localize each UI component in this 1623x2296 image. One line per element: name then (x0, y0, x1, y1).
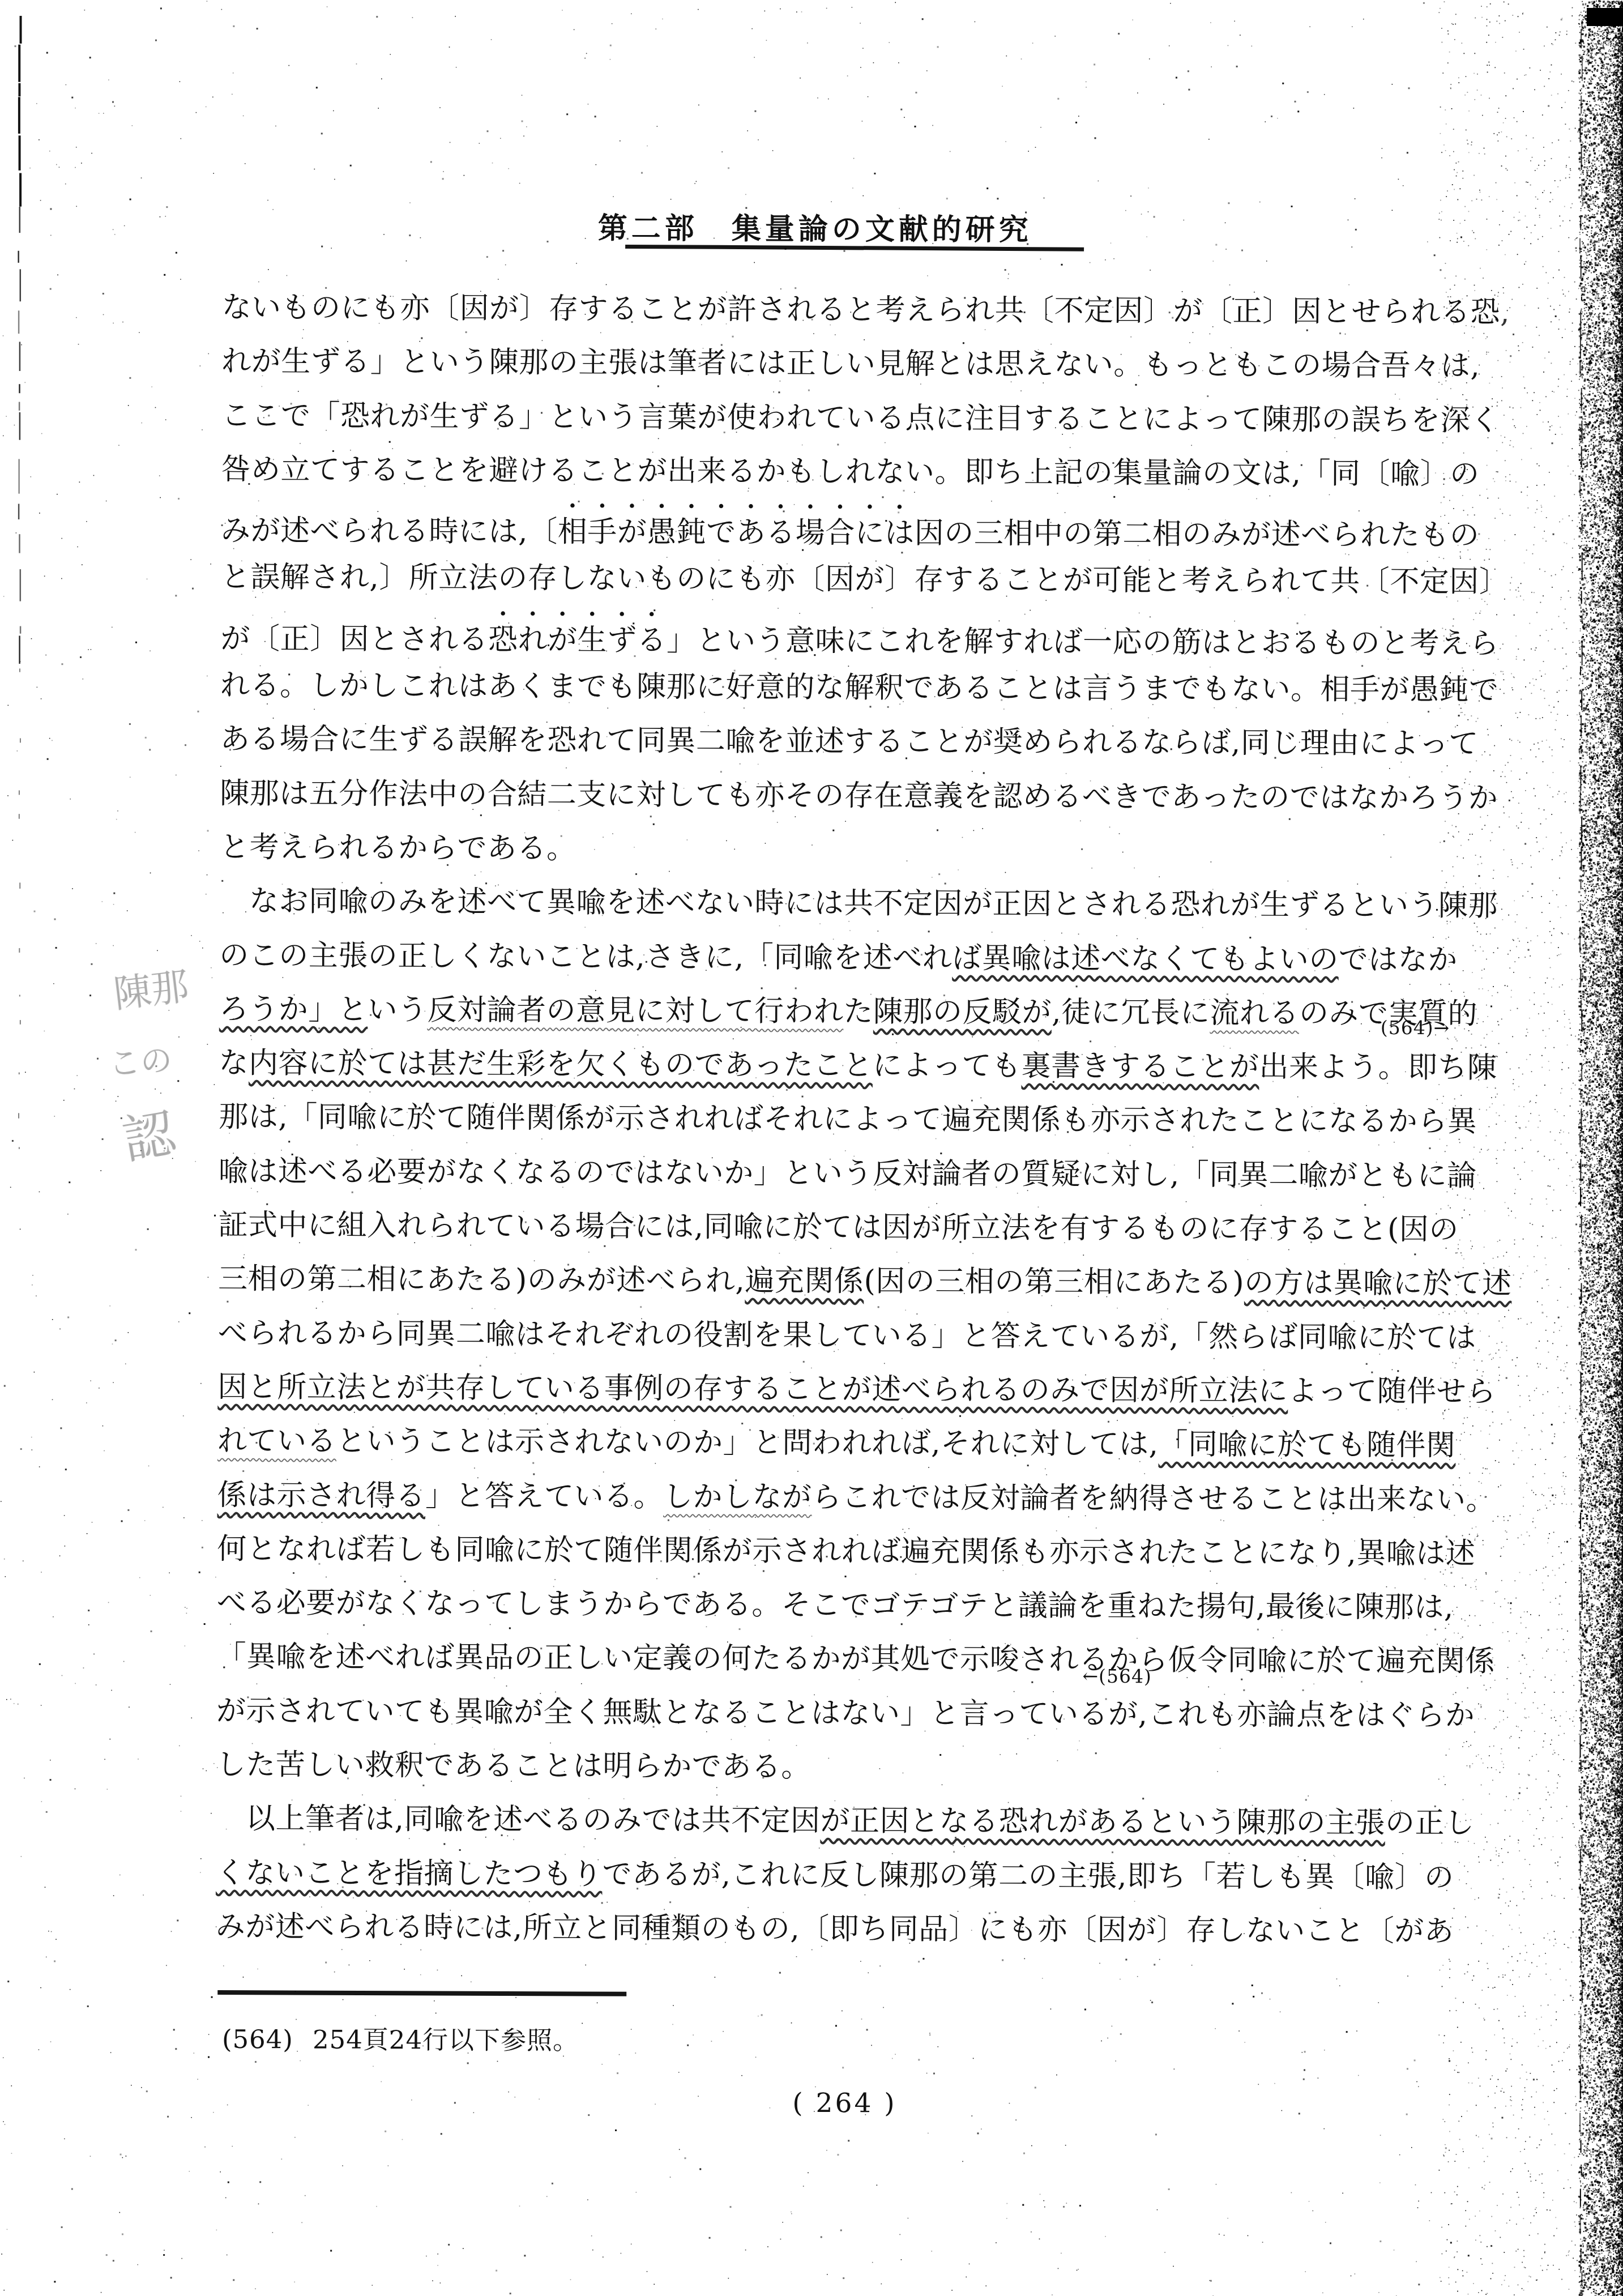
text-line: ある場合に生ずる誤解を恐れて同異二喩を並述することが奨められるならば,同じ理由に… (220, 712, 1540, 771)
text-segment: 「異喩を述べれば異品の正しい定義の何たるかが其処で示唆されるから仮令同喩に於て遍… (216, 1640, 1495, 1679)
text-segment: であるが,これに反し陳那の第二の主張,即ち「若しも異〔喩〕の (602, 1857, 1454, 1894)
pencil-underlined-text: 反対論者の意見に対して行われ (427, 993, 843, 1028)
text-segment: れが生ずる」という陳那の主張は筆者には正しい見解とは思えない。もっともこの場合吾… (221, 344, 1480, 383)
text-segment: 因の三相中の第二相のみが述べられたもの (915, 517, 1480, 553)
section-header-title: 第二部 集量論の文献的研究 (3, 202, 1623, 251)
text-segment: 那は,「同喩に於て随伴関係が示されればそれによって遍充関係も亦示されたことになる… (219, 1100, 1477, 1139)
text-line: 何となれば若しも同喩に於て随伴関係が示されれば遍充関係も亦示されたことになり,異… (217, 1522, 1536, 1581)
handwritten-margin-annotations: 陳那この認 (105, 957, 230, 1166)
text-segment: みが述べられる時には,〔 (221, 514, 558, 549)
text-segment: なお同喩のみを述べて異喩を述べない時には共不定因が正因とされる恐れが生ずるという… (220, 884, 1498, 923)
pencil-underlined-text: 「同喩に於ても随伴関 (1158, 1428, 1455, 1463)
margin-note-handwriting: 陳那 (110, 951, 233, 1018)
text-line: れているということは示されないのか」と問われれば,それに対しては,「同喩に於ても… (217, 1414, 1537, 1473)
text-line: れが生ずる」という陳那の主張は筆者には正しい見解とは思えない。もっともこの場合吾… (221, 335, 1541, 394)
text-segment: ,徒に冗長に (1052, 995, 1210, 1030)
pencil-underlined-text: 陳那の反駁が (873, 995, 1052, 1029)
footnote-text: 254頁24行以下参照。 (313, 2025, 579, 2056)
text-segment: ではなか (1339, 942, 1458, 977)
text-segment: 」という意味にこれを解すれば一応の筋はとおるものと考えら (667, 624, 1499, 661)
emphasis-dots-text: 恐れが生ずる (488, 623, 667, 658)
text-line: 喩は述べる必要がなくなるのではないか」という反対論者の質疑に対し,「同異二喩がと… (219, 1145, 1538, 1204)
text-line: 三相の第二相にあたる)のみが述べられ,遍充関係(因の三相の第三相にあたる)の方は… (218, 1252, 1537, 1311)
text-segment: みが述べられる時には,所立と同種類のもの,〔即ち同品〕にも亦〔因が〕存しないこと… (216, 1910, 1454, 1948)
body-text: ないものにも亦〔因が〕存することが許されると考えられ共〔不定因〕が〔正〕因とせら… (216, 281, 1541, 1959)
footnote: (564)254頁24行以下参照。 (222, 2018, 579, 2056)
pencil-underlined-text: が正因となる恐れがあるという陳那の主張 (820, 1804, 1385, 1840)
footnote-ref-forward-mark: (564)→ (1381, 1017, 1450, 1039)
text-line: れる。しかしこれはあくまでも陳那に好意的な解釈であることは言うまでもない。相手が… (220, 659, 1540, 718)
text-line: 係は示され得る」と答えている。しかしながらこれでは反対論者を納得させることは出来… (217, 1469, 1536, 1527)
text-line: のこの主張の正しくないことは,さきに,「同喩を述べれば異喩は述べなくてもよいので… (219, 929, 1539, 988)
text-line: した苦しい救釈であることは明らかである。 (216, 1738, 1536, 1797)
page-number: ( 264 ) (0, 2084, 1620, 2122)
text-line: くないことを指摘したつもりであるが,これに反し陳那の第二の主張,即ち「若しも異〔… (216, 1846, 1535, 1905)
text-segment: らこれでは反対論者を納得させることは出来ない。 (812, 1480, 1496, 1517)
text-line: 咎め立てすることを避けることが出来るかもしれない。即ち上記の集量論の文は,「同〔… (221, 443, 1540, 502)
text-segment: 出来よう。即ち陳 (1259, 1050, 1497, 1085)
text-segment: ということは示されないのか」と問われれば,それに対しては, (336, 1424, 1159, 1462)
scan-page: 第二部 集量論の文献的研究 ないものにも亦〔因が〕存することが許されると考えられ… (0, 0, 1623, 2296)
text-segment: と考えられるからである。 (220, 830, 576, 865)
text-line: べられるから同異二喩はそれぞれの役割を果している」と答えているが,「然らば同喩に… (218, 1307, 1537, 1365)
text-segment: が示されていても異喩が全く無駄となることはない」と言っているが,これも亦論点をは… (216, 1694, 1475, 1733)
pencil-underlined-text: の方は異喩に於て述 (1244, 1266, 1512, 1301)
pencil-underlined-text: 係は示され得る (217, 1478, 426, 1513)
text-line: ろうか」という反対論者の意見に対して行われた陳那の反駁が,徒に冗長に流れるのみで… (219, 983, 1539, 1042)
text-segment: 以上筆者は,同喩を述べるのみでは共不定因 (216, 1802, 820, 1838)
text-segment: べる必要がなくなってしまうからである。そこでゴテゴテと議論を重ねた揚句,最後に陳… (217, 1586, 1454, 1624)
text-line: 「異喩を述べれば異品の正しい定義の何たるかが其処で示唆されるから仮令同喩に於て遍… (216, 1630, 1536, 1689)
pencil-underlined-text: 裏書きすることが (1021, 1049, 1259, 1085)
text-segment: 咎め立てすることを避けることが出来るかもしれない。即ち上記の集量論の文は,「同〔… (221, 453, 1479, 492)
text-segment: ある場合に生ずる誤解を恐れて同異二喩を並述することが奨められるならば,同じ理由に… (220, 722, 1479, 761)
footnote-ref-back-mark: ←(564) (1082, 1665, 1152, 1687)
text-segment: た (843, 995, 873, 1028)
text-segment: ないものにも亦〔因が〕存することが許されると考えられ共〔不定因〕が〔正〕因とせら… (222, 291, 1501, 330)
text-line: が示されていても異喩が全く無駄となることはない」と言っているが,これも亦論点をは… (216, 1684, 1536, 1743)
margin-note-handwriting: 認 (116, 1082, 235, 1174)
text-segment: いう (368, 993, 427, 1027)
text-line: ないものにも亦〔因が〕存することが許されると考えられ共〔不定因〕が〔正〕因とせら… (222, 281, 1541, 340)
pencil-underlined-text: 流れる (1210, 996, 1299, 1031)
text-segment: と誤解され,〕所立法の存しないものにも亦〔因が〕存することが可能と考えられて共〔… (221, 560, 1509, 599)
text-line: 証式中に組入れられている場合には,同喩に於ては因が所立法を有するものに存すること… (218, 1198, 1537, 1257)
text-segment: の正し (1385, 1806, 1475, 1841)
footnote-marker: (564) (222, 2024, 293, 2054)
text-line: みが述べられる時には,所立と同種類のもの,〔即ち同品〕にも亦〔因が〕存しないこと… (216, 1900, 1535, 1959)
text-segment: 陳那は五分作法中の合結二支に対しても亦その存在意義を認めるべきであったのではなか… (220, 776, 1498, 816)
text-line: 陳那は五分作法中の合結二支に対しても亦その存在意義を認めるべきであったのではなか… (220, 767, 1539, 826)
text-line: 以上筆者は,同喩を述べるのみでは共不定因が正因となる恐れがあるという陳那の主張の… (216, 1792, 1535, 1851)
text-line: べる必要がなくなってしまうからである。そこでゴテゴテと議論を重ねた揚句,最後に陳… (217, 1576, 1536, 1635)
pencil-underlined-text: くないことを指摘したつもり (216, 1856, 603, 1892)
text-segment: した苦しい救釈であることは明らかである。 (216, 1748, 811, 1784)
pencil-underlined-text: ろうか」と (219, 992, 368, 1027)
text-line: 因と所立法とが共存している事例の存することが述べられるのみで因が所立法によって随… (217, 1360, 1537, 1419)
text-segment: 三相の第二相にあたる)のみが述べられ, (218, 1262, 745, 1298)
text-line: みが述べられる時には,〔相手が愚鈍である場合には因の三相中の第二相のみが述べられ… (221, 497, 1540, 556)
text-segment: ここで「恐れが生ずる」という言葉が使われている点に注目することによって陳那の誤ち… (221, 399, 1500, 438)
text-segment: れる。しかしこれはあくまでも陳那に好意的な解釈であることは言うまでもない。相手が… (220, 668, 1499, 707)
handwritten-comma: , (1500, 296, 1510, 330)
text-segment: のこの主張の正しくないことは,さきに,「同喩を述べれ (219, 938, 952, 975)
margin-note-handwriting: この (107, 1031, 231, 1085)
text-segment: が〔正〕因とされる (220, 622, 488, 657)
text-line: な内容に於ては甚だ生彩を欠くものであったことによっても裏書きすることが出来よう。… (219, 1036, 1538, 1095)
text-segment: によっても (873, 1049, 1022, 1083)
footnote-rule (217, 1990, 626, 1996)
text-line: ここで「恐れが生ずる」という言葉が使われている点に注目することによって陳那の誤ち… (221, 389, 1541, 448)
pencil-underlined-text: れている (217, 1424, 336, 1458)
text-line: 那は,「同喩に於て随伴関係が示されればそれによって遍充関係も亦示されたことになる… (219, 1090, 1538, 1149)
emphasis-dots-text: 相手が愚鈍である場合には (558, 515, 915, 550)
pencil-underlined-text: 因と所立法とが共存している事例の存することが述べられるのみで因が所立法に (217, 1370, 1288, 1408)
pencil-underlined-text: 遍充関係 (745, 1264, 864, 1299)
page-content: 第二部 集量論の文献的研究 ないものにも亦〔因が〕存することが許されると考えられ… (0, 0, 1623, 2296)
text-line: と誤解され,〕所立法の存しないものにも亦〔因が〕存することが可能と考えられて共〔… (221, 550, 1540, 609)
text-segment: 証式中に組入れられている場合には,同喩に於ては因が所立法を有するものに存すること… (218, 1208, 1459, 1247)
text-line: なお同喩のみを述べて異喩を述べない時には共不定因が正因とされる恐れが生ずるという… (219, 874, 1539, 933)
text-segment: 何となれば若しも同喩に於て随伴関係が示されれば遍充関係も亦示されたことになり,異… (217, 1532, 1475, 1571)
text-segment: 」と答えている。 (425, 1479, 663, 1514)
text-segment: よって随伴せら (1288, 1374, 1496, 1409)
pencil-underlined-text: 内容に於ては甚だ生彩を欠くものであったこと (249, 1046, 873, 1082)
text-segment: べられるから同異二喩はそれぞれの役割を果している」と答えているが,「然らば同喩に… (218, 1316, 1476, 1355)
text-line: と考えられるからである。 (220, 821, 1539, 880)
pencil-underlined-text: しかしなが (663, 1480, 812, 1514)
text-segment: 喩は述べる必要がなくなるのではないか」という反対論者の質疑に対し,「同異二喩がと… (219, 1154, 1477, 1193)
pencil-underlined-text: ば異喩は述べなくてもよいの (952, 941, 1339, 977)
text-segment: (因の三相の第三相にあたる) (864, 1265, 1244, 1300)
text-line: が〔正〕因とされる恐れが生ずる」という意味にこれを解すれば一応の筋はとおるものと… (220, 605, 1540, 664)
